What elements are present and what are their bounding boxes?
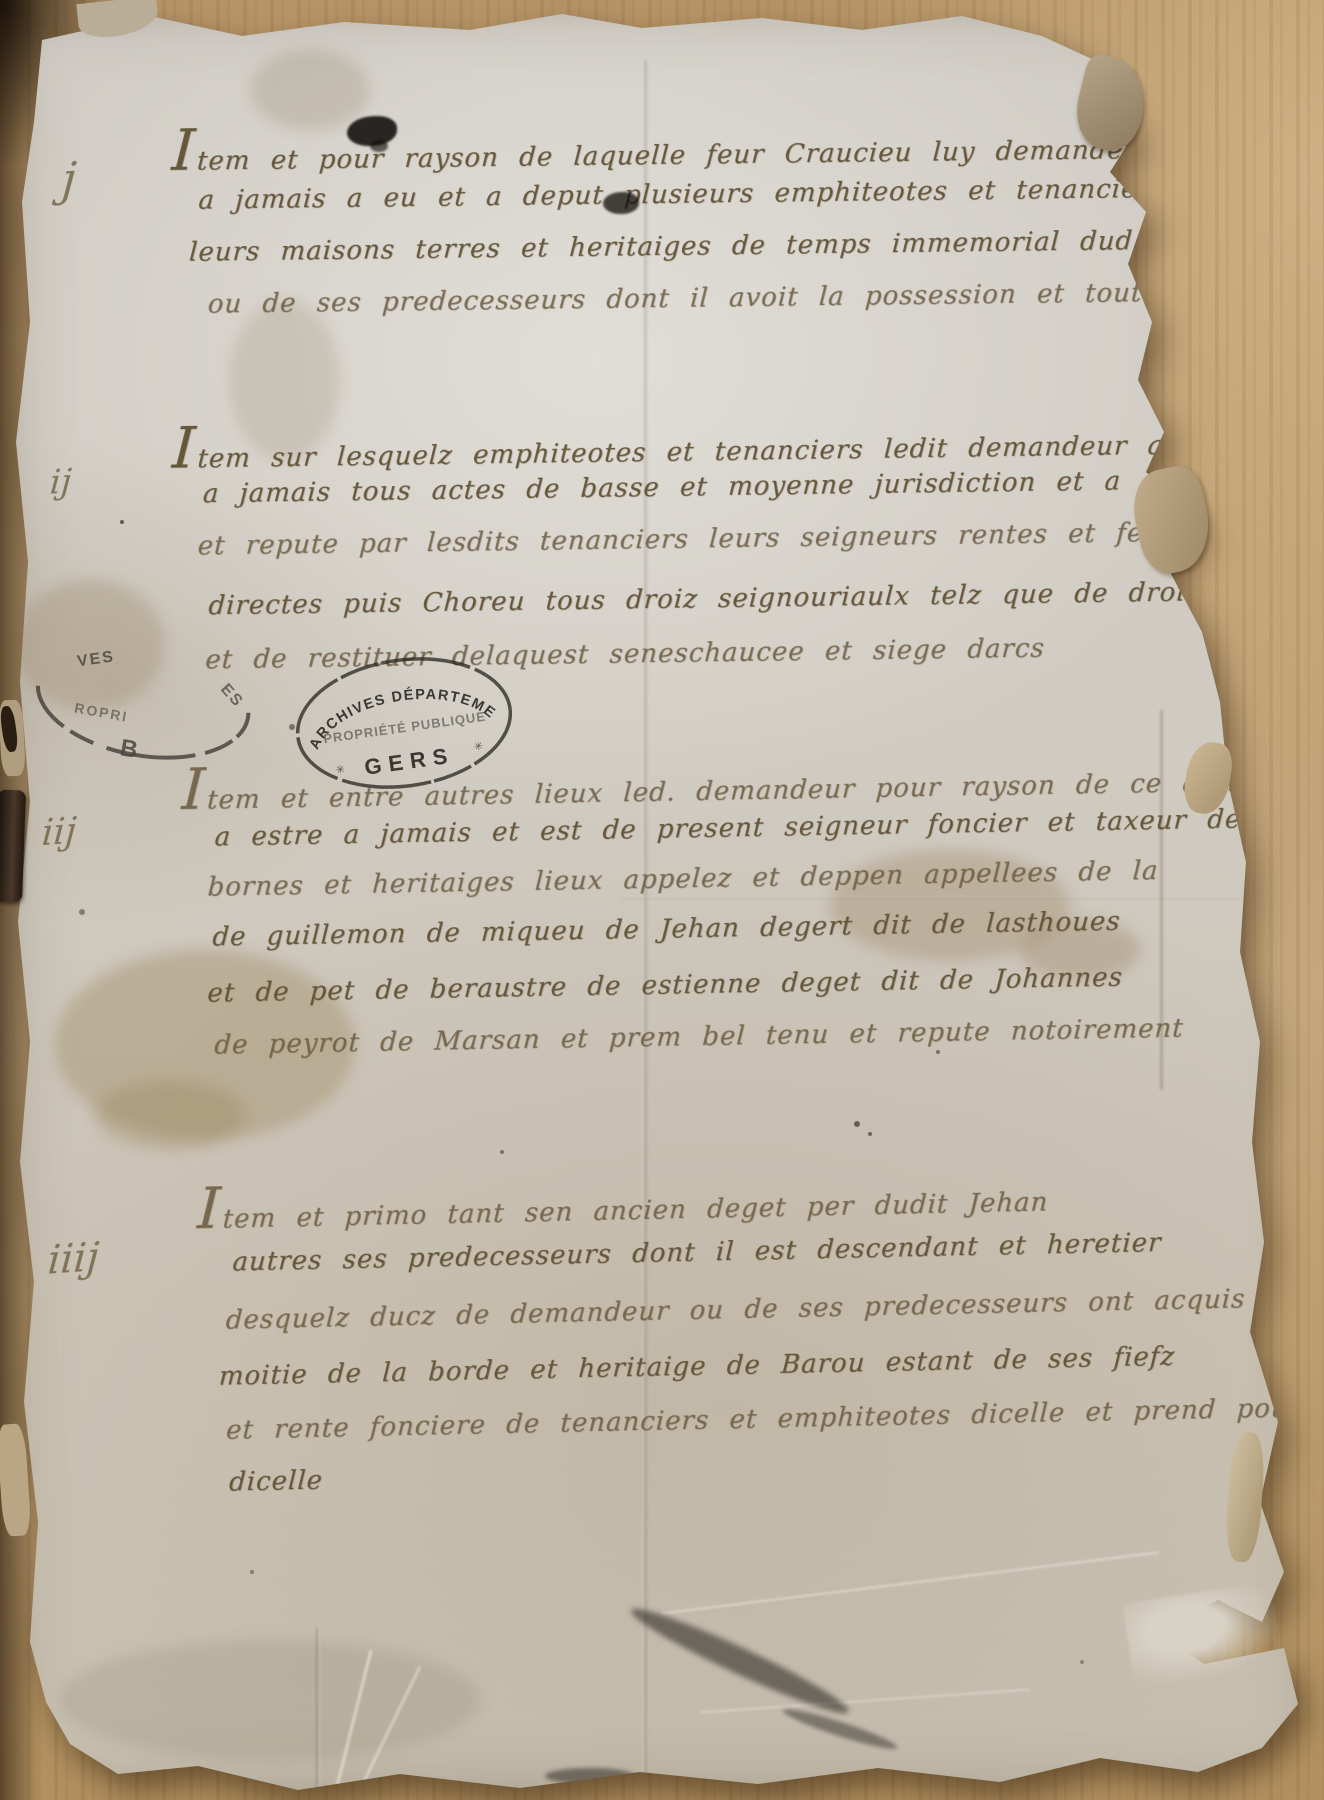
damp-stain	[250, 50, 370, 130]
margin-numeral-1: j	[60, 152, 78, 207]
handwritten-line: de peyrot de Marsan et prem bel tenu et …	[213, 1013, 1184, 1060]
damp-stain	[95, 1080, 245, 1150]
stamp-ornament: ✳	[335, 764, 346, 777]
bottom-diagonal-crease	[700, 1688, 1029, 1713]
margin-numeral-4: iiij	[46, 1234, 100, 1283]
margin-numeral-3: iij	[40, 811, 77, 854]
bottom-crease	[316, 1628, 320, 1793]
handwritten-line: desquelz ducz de demandeur ou de ses pre…	[225, 1284, 1246, 1335]
stamp-bottom-text: GERS	[363, 742, 456, 779]
handwritten-line: et de pet de beraustre de estienne deget…	[207, 963, 1124, 1009]
handwritten-line: a jamais a eu et a deput plusieurs emphi…	[198, 171, 1324, 215]
manuscript-page: j ij iij iiij Item et pour rayson de laq…	[0, 0, 1324, 1800]
photo-of-manuscript: j ij iij iiij Item et pour rayson de laq…	[0, 0, 1324, 1800]
ink-blot	[603, 192, 639, 214]
handwritten-line: Item sur lesquelz emphiteotes et tenanci…	[171, 412, 1283, 475]
handwritten-line: moitie de la borde et heritaige de Barou…	[218, 1342, 1176, 1392]
stamp-fragment: ES	[217, 681, 247, 711]
handwritten-line: dicelle	[228, 1466, 323, 1498]
photo-vignette	[0, 0, 1324, 1800]
metal-fastener	[0, 790, 26, 903]
margin-numeral-2: ij	[49, 461, 73, 502]
archive-stamp-main: ARCHIVES DÉPARTEMENTALES PROPRIÉTÉ PUBLI…	[279, 633, 530, 814]
horizontal-crease	[620, 896, 1240, 899]
handwritten-line: leurs maisons terres et heritaiges de te…	[188, 224, 1322, 268]
stamp-fragment: ROPRI	[73, 700, 129, 725]
handwritten-line: directes puis Choreu tous droiz seignour…	[208, 577, 1198, 621]
handwritten-line: ou de ses predecesseurs dont il avoit la…	[207, 276, 1271, 319]
handwritten-line: Item et primo tant sen ancien deget per …	[196, 1170, 1050, 1235]
ink-blot	[370, 140, 388, 152]
stamp-fragment: B	[118, 734, 140, 764]
bottom-diagonal-crease	[662, 1552, 1159, 1615]
stamp-ornament: ✳	[473, 740, 484, 753]
stamp-fragment: VES	[76, 648, 116, 670]
handwritten-line: et repute par lesdits tenanciers leurs s…	[197, 516, 1271, 561]
charcoal-smudge	[545, 1768, 635, 1784]
charcoal-smudge	[626, 1599, 855, 1724]
paper-shadow-wrapper: j ij iij iiij Item et pour rayson de laq…	[0, 0, 1324, 1800]
handwritten-line: autres ses predecesseurs dont il est des…	[232, 1228, 1162, 1277]
stamp-oval-outline	[29, 676, 249, 773]
damp-stain	[60, 1640, 480, 1760]
handwritten-line: et rente fonciere de tenanciers et emphi…	[225, 1393, 1302, 1446]
dirt-specks	[120, 520, 124, 524]
